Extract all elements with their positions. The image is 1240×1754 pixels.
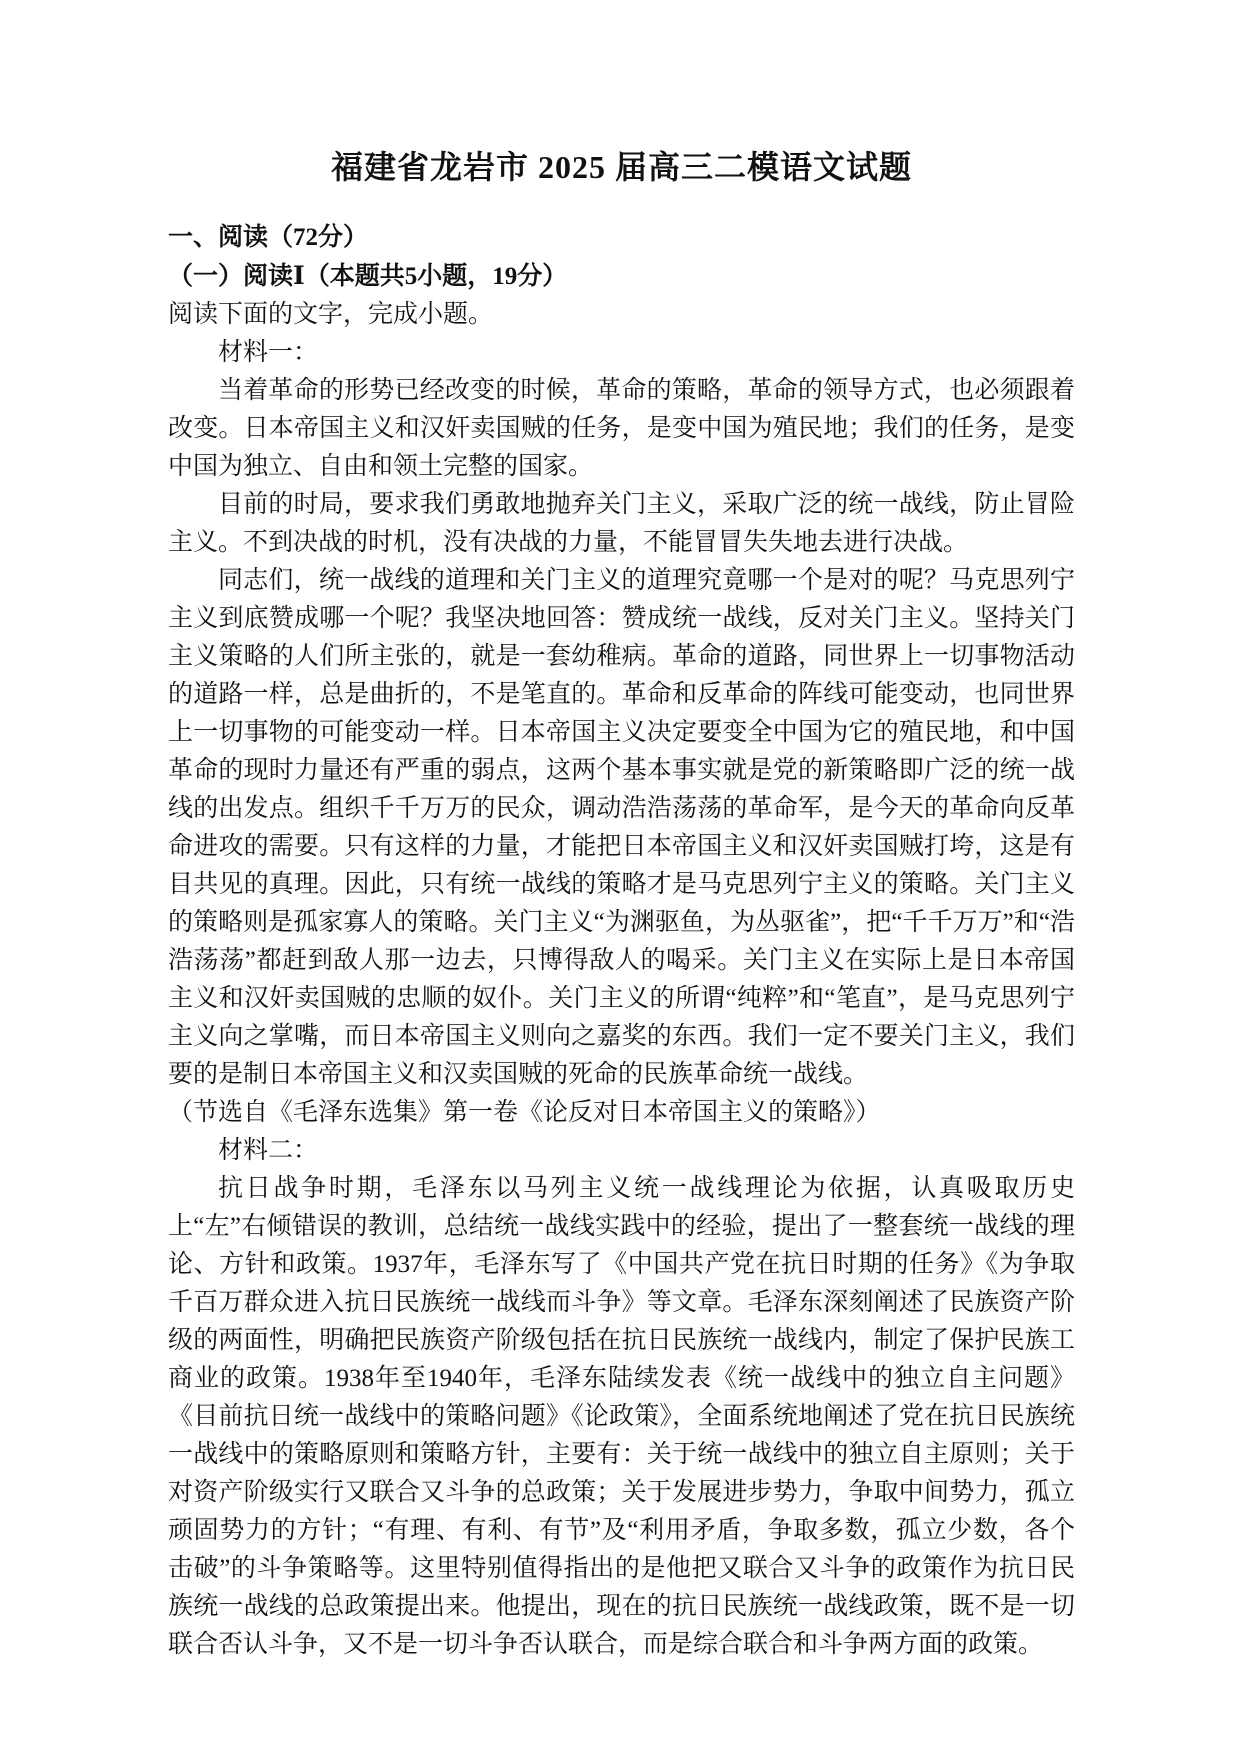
material1-citation: （节选自《毛泽东选集》第一卷《论反对日本帝国主义的策略》） [168, 1094, 1075, 1132]
material1-paragraph-2: 目前的时局，要求我们勇敢地抛弃关门主义，采取广泛的统一战线，防止冒险主义。不到决… [168, 486, 1075, 562]
subsection-heading-reading1: （一）阅读Ⅰ（本题共5小题，19分） [168, 257, 1075, 296]
material1-label: 材料一： [168, 334, 1075, 372]
material2-label: 材料二： [168, 1132, 1075, 1170]
document-content: 福建省龙岩市 2025 届高三二模语文试题 一、阅读（72分） （一）阅读Ⅰ（本… [168, 146, 1075, 1664]
instruction-text: 阅读下面的文字，完成小题。 [168, 296, 1075, 334]
page-title: 福建省龙岩市 2025 届高三二模语文试题 [168, 146, 1075, 188]
section-heading-reading: 一、阅读（72分） [168, 218, 1075, 257]
exam-document-page: 福建省龙岩市 2025 届高三二模语文试题 一、阅读（72分） （一）阅读Ⅰ（本… [0, 0, 1240, 1754]
material2-paragraph-1: 抗日战争时期，毛泽东以马列主义统一战线理论为依据，认真吸取历史上“左”右倾错误的… [168, 1170, 1075, 1664]
material1-paragraph-1: 当着革命的形势已经改变的时候，革命的策略，革命的领导方式，也必须跟着改变。日本帝… [168, 372, 1075, 486]
material1-paragraph-3: 同志们，统一战线的道理和关门主义的道理究竟哪一个是对的呢？马克思列宁主义到底赞成… [168, 562, 1075, 1094]
